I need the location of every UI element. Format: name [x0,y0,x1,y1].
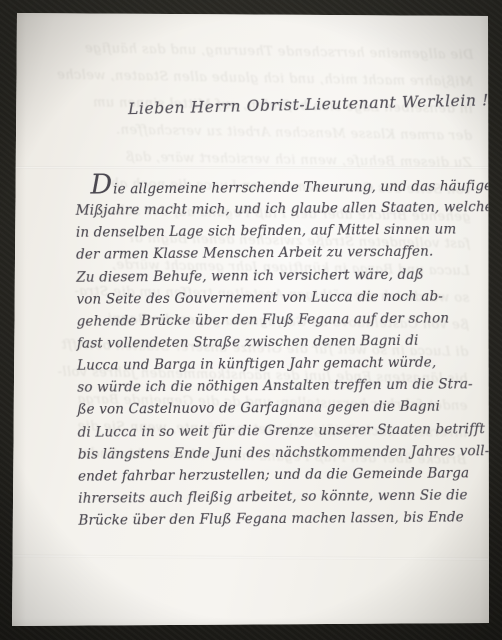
paper-fold-crease [14,554,488,560]
letter-salutation: Lieben Herrn Obrist-Lieutenant Werklein … [128,92,468,118]
ghost-text-line: der armen Klasse Menschen Arbeit zu vers… [32,115,472,150]
ghost-text-line: Die allgemeine herrschende Theurung, und… [33,34,473,69]
letter-body: Die allgemeine herrschende Theurung, und… [75,177,478,535]
paper-fold-crease [14,166,488,169]
letter-photograph: Die allgemeine herrschende Theurung, und… [0,0,502,640]
letter-paper-sheet: Die allgemeine herrschende Theurung, und… [0,0,502,640]
ghost-text-line: Mißjahre macht mich, und ich glaube alle… [33,61,473,96]
handwritten-text-line: Brücke über den Fluß Fegana machen lasse… [78,509,478,535]
